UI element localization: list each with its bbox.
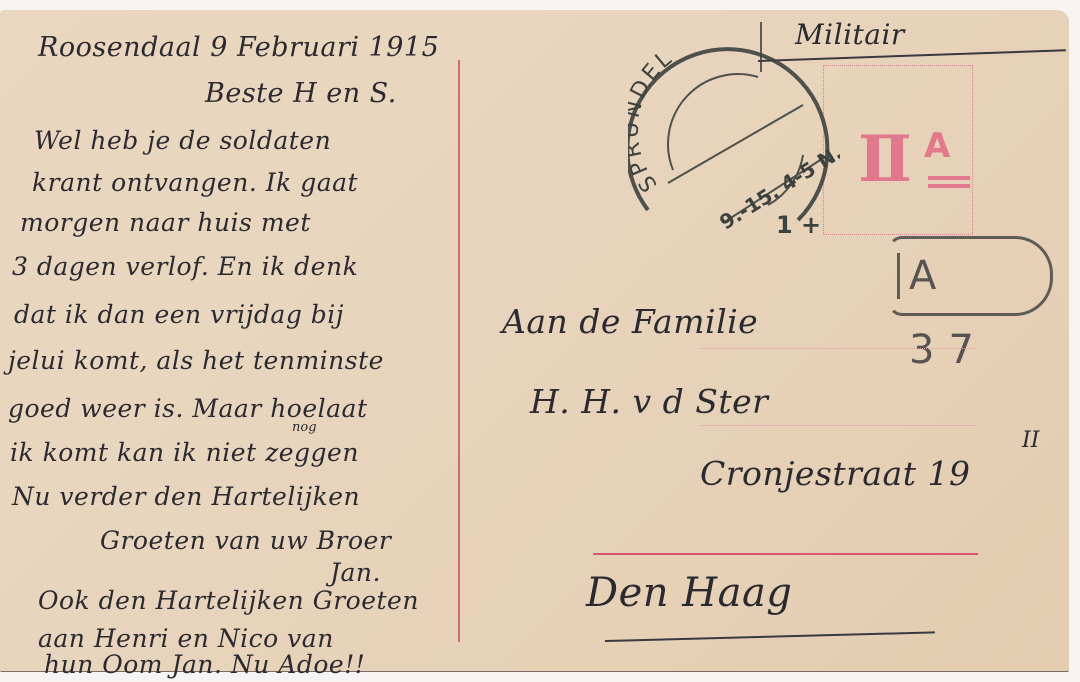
message-line: jelui komt, als het tenminste	[8, 346, 384, 375]
cachet-IIA: II A	[858, 122, 906, 197]
address-guide-line	[700, 348, 975, 349]
printed-divider-line	[458, 60, 460, 642]
message-line: aan Henri en Nico van	[38, 624, 334, 653]
message-line: hun Oom Jan. Nu Adoe!!	[44, 650, 365, 679]
message-line: Wel heb je de soldaten	[34, 126, 331, 155]
signature: Jan.	[330, 558, 381, 587]
address-line-3: Cronjestraat 19	[700, 454, 970, 493]
cachet-bar	[928, 176, 970, 180]
cachet-roman: II	[858, 122, 906, 197]
postcard: Roosendaal 9 Februari 1915 Beste H en S.…	[0, 10, 1069, 671]
cachet-bar	[928, 184, 970, 188]
cachet-A37: A 37	[888, 236, 1053, 316]
address-line-2: H. H. v d Ster	[530, 382, 768, 421]
printed-red-line	[593, 553, 978, 555]
address-guide-line	[700, 425, 975, 426]
message-line: goed weer is. Maar hoelaat	[8, 394, 368, 423]
salutation: Beste H en S.	[205, 78, 397, 109]
message-line: 3 dagen verlof. En ik denk	[12, 252, 358, 281]
message-line: Groeten van uw Broer	[100, 526, 391, 555]
message-line: dat ik dan een vrijdag bij	[14, 300, 344, 329]
address-floor-mark: II	[1022, 428, 1039, 453]
svg-text:SPRUNDEL: SPRUNDEL	[628, 45, 679, 196]
cachet-superscript: A	[924, 126, 950, 166]
place-date: Roosendaal 9 Februari 1915	[38, 32, 439, 63]
message-line: Nu verder den Hartelijken	[12, 482, 360, 511]
city-underline	[605, 631, 935, 642]
postmark-sprundel: SPRUNDEL 9.-15. 4-5 N. 1 +	[628, 35, 840, 247]
message-line: krant ontvangen. Ik gaat	[32, 168, 358, 197]
message-line: Ook den Hartelijken Groeten	[38, 586, 419, 615]
address-line-1: Aan de Familie	[502, 302, 758, 341]
address-city: Den Haag	[586, 570, 792, 616]
message-line: ik komt kan ik niet zeggen	[10, 438, 359, 467]
svg-text:1 +: 1 +	[776, 211, 821, 239]
insertion-nog: nog	[292, 420, 317, 435]
message-line: morgen naar huis met	[20, 208, 311, 237]
